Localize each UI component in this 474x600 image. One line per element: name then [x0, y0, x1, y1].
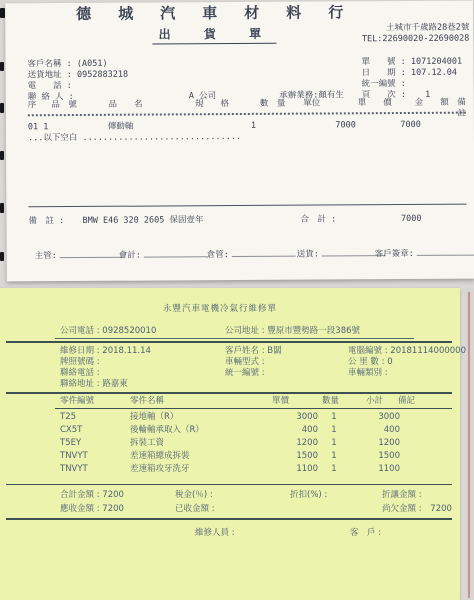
customer-sign-label: 客 戶 :: [350, 528, 381, 539]
part-code: T25: [60, 412, 76, 423]
part-unit-price: 1500: [262, 451, 318, 462]
grand-total-value: 7000: [366, 214, 421, 225]
sign-customer-line: [417, 246, 474, 256]
order-no-value: 1071204001: [411, 57, 462, 67]
totals-bottom-rule: [6, 518, 452, 520]
sign-accounting-line: [144, 247, 208, 257]
store-address: 土城市千歲路28巷2號: [362, 23, 470, 35]
ship-addr-value: 0952883218: [77, 70, 128, 80]
part-qty: 1: [324, 438, 344, 449]
date-row: 日 期 : 107.12.04: [362, 68, 463, 80]
phone-label: 電 話 :: [28, 81, 72, 91]
order-no-label: 單 號 :: [361, 57, 405, 67]
item-amount: 7000: [371, 120, 421, 131]
item-seq: 01 1: [28, 122, 49, 133]
items-table-header: 序 品 號 品 名 規 格 數 量 單位 單 價 金 額 備 註: [28, 98, 466, 123]
tax-id-row: 統一編號 :: [362, 79, 463, 91]
pcol-qty: 數量: [322, 396, 339, 407]
store-name: 德 城 汽 車 材 料 行: [76, 3, 352, 23]
receivable-value: 7200: [102, 504, 124, 514]
repair-date-label: 維修日期 :: [60, 346, 100, 356]
tax-id-label: 統一編號 :: [362, 79, 406, 89]
discount-label: 折扣(%) :: [290, 490, 327, 500]
part-subtotal: 3000: [348, 412, 400, 423]
sign-accounting-label: 會計:: [119, 251, 141, 261]
receivable-label: 應收金額 :: [60, 504, 100, 514]
part-code: TNVYT: [60, 451, 88, 462]
cust-name-label: 客戶姓名 :: [225, 346, 265, 356]
plate-label: 牌照號碼 :: [60, 357, 100, 367]
total-label: 合計金額 :: [60, 490, 100, 500]
contact-addr-value: 路嘉東: [102, 379, 128, 389]
part-subtotal: 1100: [348, 464, 400, 475]
company-row-underline: [55, 338, 414, 339]
part-unit-price: 3000: [262, 412, 318, 423]
customer-name-value: (A051): [77, 59, 108, 69]
contact-phone-label: 聯絡電話 :: [60, 368, 100, 378]
col-amount: 金 額: [392, 98, 449, 120]
date-label: 日 期 :: [362, 68, 406, 78]
part-subtotal: 1200: [348, 438, 400, 449]
contact-addr-label: 聯絡地址 :: [60, 379, 100, 389]
binding-mark: [0, 62, 4, 71]
end-of-items-note: ...以下空白 ...............................: [28, 132, 241, 144]
repair-order-receipt: 永豐汽車電機冷氣行維修單 公司電話 : 0928520010 公司地址 : 豐原…: [0, 288, 460, 600]
allowance-label: 折讓金額 :: [382, 490, 422, 500]
col-item-no: 品 號: [51, 100, 108, 122]
company-addr-label: 公司地址 :: [225, 326, 265, 336]
col-seq: 序: [28, 100, 52, 122]
customer-block: 客戶名稱 : (A051) 送貨地址 : 0952883218 電 話 : 聯 …: [27, 57, 343, 103]
binding-mark: [0, 252, 4, 261]
company-addr-value: 豐原市豐勢路一段386號: [267, 326, 360, 336]
cust-name-value: B闆: [267, 346, 281, 356]
vehicle-model-label: 車輛型式 :: [225, 357, 265, 367]
ship-addr-label: 送貨地址 :: [28, 70, 72, 80]
sign-supervisor-label: 主管:: [35, 251, 57, 261]
store-contact-block: 土城市千歲路28巷2號 TEL:22690020-22690028: [362, 23, 470, 46]
binding-mark: [0, 203, 4, 213]
part-name: 差速箱總成拆裝: [130, 451, 190, 462]
mileage-value: 0: [387, 357, 392, 367]
part-unit-price: 1200: [262, 438, 318, 449]
part-code: CX5T: [60, 425, 82, 436]
balance-value: 7200: [430, 504, 452, 514]
part-code: T5EY: [60, 438, 81, 449]
part-subtotal: 1500: [348, 451, 400, 462]
part-code: TNVYT: [60, 464, 88, 475]
pcol-unit-price: 單價: [272, 396, 289, 407]
part-unit-price: 400: [262, 425, 318, 436]
order-no-row: 單 號 : 1071204001: [361, 57, 462, 69]
item-name: 傳動軸: [108, 122, 134, 133]
company-phone-value: 0928520010: [102, 326, 156, 336]
computer-no-value: 201811140000001: [390, 346, 471, 356]
parts-header-underline: [55, 408, 452, 409]
part-unit-price: 1100: [262, 464, 318, 475]
company-phone-label: 公司電話 :: [60, 326, 100, 336]
item-qty: 1: [251, 121, 256, 132]
part-name: 接地軸（R）: [130, 412, 178, 423]
sign-warehouse-label: 倉管:: [207, 250, 229, 260]
binding-mark: [0, 151, 4, 160]
remark-rule: [28, 204, 466, 208]
sign-delivery-label: 送貨:: [297, 250, 319, 260]
pcol-code: 零件編號: [60, 396, 94, 407]
part-subtotal: 400: [348, 425, 400, 436]
pcol-note: 備記: [398, 396, 415, 407]
remark-label: 備 註 :: [28, 216, 64, 227]
tax-label: 稅金(％) :: [175, 490, 213, 500]
rtax-id-label: 統一編號 :: [225, 368, 265, 378]
sign-warehouse-line: [232, 247, 296, 257]
underlying-page-edge: [468, 292, 470, 598]
vehicle-type-label: 車輛類別 :: [348, 368, 388, 378]
part-qty: 1: [324, 412, 344, 423]
date-value: 107.12.04: [411, 68, 457, 78]
col-qty: 數 量: [260, 99, 303, 121]
repair-date-value: 2018.11.14: [102, 346, 151, 356]
grand-total-label: 合 計 :: [300, 214, 336, 225]
mileage-label: 公 里 數 :: [348, 357, 384, 367]
store-tel: TEL:22690020-22690028: [362, 34, 470, 46]
part-name: 後輪軸承取入（R）: [130, 425, 204, 436]
computer-no-label: 電腦編號 :: [348, 346, 388, 356]
received-label: 已收金額 :: [175, 504, 215, 514]
remark-value: BMW E46 320 2605 保固壹年: [82, 215, 203, 227]
col-unit: 單位: [303, 98, 333, 120]
total-value: 7200: [102, 490, 124, 500]
repair-order-title: 永豐汽車電機冷氣行維修單: [0, 304, 440, 315]
order-meta-block: 單 號 : 1071204001 日 期 : 107.12.04 統一編號 : …: [361, 57, 462, 102]
col-item-name: 品 名: [108, 99, 195, 122]
part-qty: 1: [324, 464, 344, 475]
sign-customer-label: 客戶簽章:: [375, 249, 414, 259]
part-name: 拆裝工資: [130, 438, 164, 449]
info-box-top-rule: [6, 341, 452, 343]
pcol-subtotal: 小計: [366, 396, 383, 407]
mechanic-label: 維修人員 :: [195, 528, 235, 539]
item-unit-price: 7000: [306, 120, 356, 131]
col-note: 備 註: [449, 98, 466, 120]
shipping-order-receipt: 德 城 汽 車 材 料 行 出 貨 單 土城市千歲路28巷2號 TEL:2269…: [5, 1, 474, 282]
part-qty: 1: [324, 451, 344, 462]
part-qty: 1: [324, 425, 344, 436]
binding-mark: [0, 103, 4, 113]
sign-supervisor-line: [60, 248, 124, 258]
totals-top-rule: [6, 484, 452, 485]
customer-name-label: 客戶名稱 :: [27, 59, 71, 69]
col-spec: 規 格: [195, 99, 260, 121]
pcol-name: 零件名稱: [130, 396, 164, 407]
doc-title: 出 貨 單: [153, 27, 277, 45]
parts-table-top-rule: [6, 392, 452, 394]
part-name: 差速箱攻牙洗牙: [130, 464, 190, 475]
balance-label: 尚欠金額 :: [382, 504, 422, 514]
col-unit-price: 單 價: [333, 98, 392, 120]
